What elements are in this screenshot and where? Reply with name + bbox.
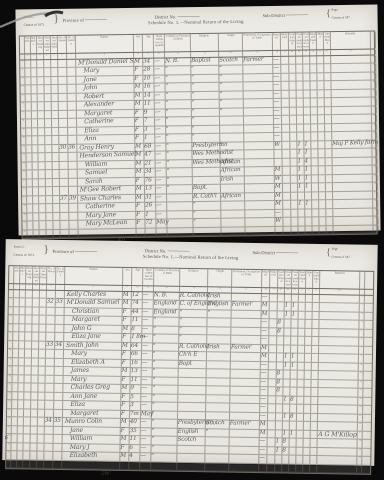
cell-born: — [154, 58, 165, 66]
cell-bp: " [166, 92, 192, 100]
cell-name: Eliza [63, 401, 121, 409]
cell-born: — [141, 402, 152, 410]
cell-occ [230, 429, 260, 437]
cell-born: — [141, 394, 152, 402]
cell-born: — [154, 66, 165, 74]
cell-rn: 4 [359, 321, 364, 329]
margin-mark: 6 [5, 426, 9, 444]
cell-hn [45, 392, 54, 400]
cell-bp: " [165, 66, 191, 74]
census-table-top: VesselsShantiesHouses buildingHouses uni… [19, 31, 378, 240]
cell-rel: " [179, 318, 207, 326]
cell-org [221, 227, 245, 235]
cell-rel: Wes Methodist [192, 151, 220, 159]
blank-line [167, 247, 189, 252]
cell-rm [333, 208, 373, 216]
cell-bp: " [152, 411, 178, 419]
cell-rel: " [191, 74, 219, 82]
cell-ag: 9 [130, 385, 141, 393]
cell-wd [270, 311, 278, 319]
cell-rn: 4 [371, 81, 376, 89]
cell-fn [53, 443, 62, 451]
blank-line [276, 248, 298, 253]
cell-occ [230, 395, 260, 403]
cell-born: — [142, 343, 153, 351]
col-number: 6 [47, 285, 56, 290]
cell-rm [319, 337, 359, 345]
cell-born: — [155, 100, 166, 108]
brace-glyph: { [326, 247, 331, 258]
cell-rn: 10 [372, 131, 377, 139]
cell-fn [67, 68, 76, 76]
cell-bp [167, 194, 193, 202]
cell-bp: " [153, 317, 179, 325]
cell-bp: " [167, 160, 193, 168]
cell-wd [282, 107, 290, 115]
cell-bp: " [167, 177, 193, 185]
cell-fn [68, 102, 77, 110]
col-number: 4 [44, 54, 51, 59]
cell-org [207, 369, 231, 377]
page-census-label: Census of 187 . [332, 16, 352, 20]
cell-rel [193, 168, 221, 176]
cell-mw: — [274, 90, 282, 98]
cell-rel [177, 445, 205, 453]
cell-ag: 66 [131, 351, 142, 359]
cell-wd [283, 175, 291, 183]
cell-org: " [220, 99, 244, 107]
col-header-born: Born within last 12 months [143, 268, 154, 285]
cell-rel [177, 462, 205, 470]
cell-wd [283, 192, 291, 200]
cell-hn [44, 452, 53, 460]
cell-org [206, 437, 230, 445]
cell-fn [54, 409, 63, 417]
cell-rel [193, 176, 221, 184]
col-number: 24 [331, 50, 371, 55]
cell-hn [58, 85, 67, 93]
census-table-bottom: VesselsShantiesHouses buildingHouses uni… [5, 265, 374, 475]
district-label: District No. [154, 12, 199, 17]
cell-rel: " [192, 117, 220, 125]
cell-bp: " [153, 343, 179, 351]
col-header-sx: Sex [123, 268, 132, 285]
cell-rm [332, 149, 372, 157]
cell-sx: F [123, 308, 132, 316]
cell-bp: " [152, 428, 178, 436]
cell-mw: — [261, 362, 269, 370]
cell-rm [320, 303, 360, 311]
cell-mw [259, 464, 267, 472]
cell-mw: — [274, 133, 282, 141]
cell-bp [167, 211, 193, 219]
cell-rel: " [192, 125, 220, 133]
cell-rel: " [193, 210, 221, 218]
cell-fn [68, 119, 77, 127]
cell-wd [283, 167, 291, 175]
cell-org [206, 412, 230, 420]
cell-org [221, 201, 245, 209]
cell-rm: Maj P Kelly farm [332, 140, 372, 148]
cell-occ [230, 387, 260, 395]
cell-sx: M [134, 58, 143, 66]
cell-ag: 11 [131, 317, 142, 325]
cell-born: — [143, 292, 154, 300]
cell-ag: 35 [130, 428, 141, 436]
cell-hn [60, 161, 69, 169]
cell-rn: 12 [358, 389, 363, 397]
cell-mw: M [260, 430, 268, 438]
cell-occ [229, 455, 259, 463]
cell-wd [282, 141, 290, 149]
cell-hn [59, 93, 68, 101]
cell-rn: 1 [360, 295, 365, 303]
cell-sx: M [120, 453, 129, 461]
cell-org [207, 318, 231, 326]
cell-hn [44, 443, 53, 451]
cell-mw: — [274, 116, 282, 124]
cell-org: " [220, 142, 244, 150]
cell-rm [333, 217, 373, 225]
cell-born: — [140, 445, 151, 453]
cell-hn [45, 384, 54, 392]
cell-born: — [156, 168, 167, 176]
cell-occ [230, 378, 260, 386]
cell-rn: 18 [373, 199, 378, 207]
cell-sx: F [135, 135, 144, 143]
cell-mw: — [260, 396, 268, 404]
col-header-occ: Profession, Occupation or Trade [243, 33, 273, 50]
cell-rn: 19 [373, 208, 378, 216]
col-header-bp: Country or Province of Birth [165, 34, 191, 51]
cell-hn [59, 110, 68, 118]
cell-sx: M [135, 152, 144, 160]
cell-org: English [208, 301, 232, 309]
cell-rel: Presbyterian [192, 142, 220, 150]
cell-rel [194, 227, 222, 235]
cell-sx: M [122, 342, 131, 350]
cell-rel: Bapt [179, 360, 207, 368]
cell-sx: M [123, 300, 132, 308]
cell-rm [332, 106, 372, 114]
cell-rn: 15 [373, 174, 378, 182]
cell-rn: 6 [372, 98, 377, 106]
col-number: 7 [56, 285, 65, 290]
cell-wd [268, 430, 276, 438]
cell-fn [54, 401, 63, 409]
cell-rel: Wes Methodist [193, 159, 221, 167]
cell-born: — [155, 92, 166, 100]
cell-hn [60, 187, 69, 195]
cell-occ [229, 446, 259, 454]
col-number: 13 [180, 287, 208, 292]
cell-rn: 13 [373, 157, 378, 165]
cell-rel: R. Catholic [180, 292, 208, 300]
cell-bp: " [151, 453, 177, 461]
cell-org: Scotch [206, 420, 230, 428]
cell-occ [244, 116, 274, 124]
province-label: Province of [53, 247, 98, 252]
cell-born [140, 462, 151, 470]
col-number: 14 [219, 51, 243, 56]
cell-ag: 31 [145, 194, 156, 202]
cell-born: — [156, 194, 167, 202]
cell-rel: " [192, 108, 220, 116]
cell-rn: 10 [359, 372, 364, 380]
cell-sx: M [136, 186, 145, 194]
cell-occ [244, 141, 274, 149]
cell-rm [319, 320, 359, 328]
district-label: District No. [145, 246, 190, 251]
cell-rm [319, 329, 359, 337]
cell-sx: F [136, 211, 145, 219]
cell-mw: M [262, 311, 270, 319]
col-number: 14 [208, 287, 232, 292]
blank-line [75, 247, 97, 252]
cell-rel: R. Catholic [179, 343, 207, 351]
cell-fn [56, 307, 65, 315]
cell-wd [269, 336, 277, 344]
cell-fn [67, 76, 76, 84]
cell-born: — [154, 75, 165, 83]
cell-mw: — [259, 447, 267, 455]
cell-ag: 8 [131, 326, 142, 334]
cell-bp: " [153, 351, 179, 359]
cell-org [207, 335, 231, 343]
cell-born: May [141, 411, 152, 419]
col-number: 11 [154, 52, 165, 57]
cell-born: — [141, 377, 152, 385]
cell-wd [282, 90, 290, 98]
cell-ag: 1 [144, 135, 155, 143]
cell-ag: 7m [130, 411, 141, 419]
cell-rn: 14 [373, 165, 378, 173]
cell-occ [230, 404, 260, 412]
cell-name: James [64, 367, 122, 375]
col-number: 17 [270, 288, 278, 293]
col-number: 16 [262, 288, 270, 293]
cell-fn [55, 316, 64, 324]
cell-occ: Farmer [232, 302, 262, 310]
cell-org [220, 133, 244, 141]
cell-ag: 34 [143, 58, 154, 66]
col-number: 12 [165, 52, 191, 57]
cell-ag: 11 [130, 436, 141, 444]
cell-wd [269, 370, 277, 378]
cell-fn [69, 178, 78, 186]
cell-org [207, 327, 231, 335]
cell-sx: F [134, 67, 143, 75]
cell-org [207, 352, 231, 360]
cell-occ [232, 310, 262, 318]
cell-fn [67, 85, 76, 93]
cell-ag: 1 8m [131, 334, 142, 342]
col-number: 24 [320, 289, 360, 294]
cell-mw: — [273, 65, 281, 73]
cell-ag: 64 [131, 343, 142, 351]
cell-rn: 5 [372, 89, 377, 97]
schedule-title: Schedule No. 1.—Nominal Return of the Li… [148, 21, 245, 22]
cell-occ [232, 293, 262, 301]
cell-born: — [141, 419, 152, 427]
cell-rel [178, 411, 206, 419]
cell-ag: 3 [130, 402, 141, 410]
cell-fn [55, 333, 64, 341]
cell-hn [45, 435, 54, 443]
cell-mw: W [275, 218, 283, 226]
cell-ag: 14 [144, 92, 155, 100]
cell-rel: " [179, 326, 207, 334]
cell-born: — [142, 360, 153, 368]
cell-sx: F [121, 376, 130, 384]
cell-rel [178, 377, 206, 385]
cell-rn: 9 [372, 123, 377, 131]
cell-occ [231, 353, 261, 361]
cell-wd [269, 362, 277, 370]
col-header-hn: No. of House [47, 267, 56, 284]
cell-rn: 9 [359, 363, 364, 371]
cell-fn [53, 460, 62, 468]
cell-occ [245, 184, 275, 192]
cell-occ: Farmer [243, 56, 273, 64]
col-header-rm: Remarks [331, 32, 371, 50]
schedule-title: Schedule No. 1.—Nominal Return of the Li… [143, 256, 240, 258]
cell-mw: — [274, 124, 282, 132]
cell-wd [283, 218, 291, 226]
cell-occ [243, 65, 273, 73]
cell-rel [178, 403, 206, 411]
cell-sx: F [136, 203, 145, 211]
cell-ag: 6 [129, 445, 140, 453]
cell-rm [333, 183, 373, 191]
binder-ring-icon [0, 0, 92, 42]
cell-fn: 34 [55, 341, 64, 349]
cell-fn [54, 384, 63, 392]
cell-ag: 34 [145, 169, 156, 177]
cell-org: Irish [208, 293, 232, 301]
cell-wd [268, 438, 276, 446]
cell-ag: 16 [131, 360, 142, 368]
cell-rn: 21 [357, 465, 362, 473]
cell-hn [47, 290, 56, 298]
col-number: 15 [232, 288, 262, 293]
cell-org: " [219, 65, 243, 73]
cell-ag: 72 [145, 220, 156, 228]
cell-ag: 4 [129, 453, 140, 461]
scanned-census-document: Form C. Census of 1871. } Province of Di… [0, 0, 384, 480]
cell-sx: F [122, 351, 131, 359]
col-number: 5 [51, 54, 58, 59]
cell-hn [58, 59, 67, 67]
cell-ag: 47 [144, 152, 155, 160]
cell-sx [120, 461, 129, 469]
cell-wd [282, 150, 290, 158]
cell-bp: " [166, 151, 192, 159]
cell-wd [283, 201, 291, 209]
col-number: 17 [281, 51, 289, 56]
cell-hn: 37 [60, 195, 69, 203]
cell-born: — [143, 309, 154, 317]
cell-bp: " [166, 117, 192, 125]
cell-rm [318, 397, 358, 405]
cell-rn: 7 [372, 106, 377, 114]
cell-bp: " [166, 109, 192, 117]
cell-wd [269, 345, 277, 353]
cell-name: William [63, 435, 121, 443]
cell-hn: 30 [59, 144, 68, 152]
footer-tally-mark: 26/ [101, 471, 110, 479]
cell-rm [333, 200, 373, 208]
cell-sx: M [122, 325, 131, 333]
cell-rn: 17 [358, 431, 363, 439]
cell-wd [269, 328, 277, 336]
cell-born [157, 228, 168, 236]
cell-sx: M [136, 160, 145, 168]
cell-rn: 2 [371, 64, 376, 72]
cell-occ: Farmer [230, 421, 260, 429]
cell-rm [318, 414, 358, 422]
cell-mw: M [261, 345, 269, 353]
col-number: 12 [154, 286, 180, 291]
col-header-rel: Religion [191, 34, 219, 51]
col-header-born: Born within last 12 months [154, 34, 165, 51]
cell-org: " [206, 429, 230, 437]
page-label: Page [332, 247, 352, 251]
cell-fn [68, 127, 77, 135]
cell-org: " [219, 74, 243, 82]
cell-mw: M [260, 421, 268, 429]
cell-rm [331, 64, 371, 72]
cell-occ: Farmer [231, 344, 261, 352]
cell-rm [317, 456, 357, 464]
cell-occ [245, 158, 275, 166]
cell-born: — [155, 134, 166, 142]
cell-bp [167, 202, 193, 210]
cell-ag: 11 [130, 377, 141, 385]
cell-hn [60, 212, 69, 220]
col-number: 18 [289, 51, 296, 56]
subdistrict-label: Sub-District [253, 248, 299, 253]
cell-rm [319, 346, 359, 354]
cell-name: Charles Greg [63, 384, 121, 392]
col-header-sx: Sex [134, 35, 143, 52]
cell-bp: " [152, 402, 178, 410]
cell-hn [44, 460, 53, 468]
cell-born: — [142, 351, 153, 359]
cell-wd [268, 396, 276, 404]
cell-rel: " [193, 219, 221, 227]
cell-rm [333, 157, 373, 165]
cell-org: Irish [207, 344, 231, 352]
cell-org [221, 210, 245, 218]
cell-bp: N. B. [154, 292, 180, 300]
cell-org: " [220, 91, 244, 99]
cell-sx: F [122, 334, 131, 342]
cell-hn [60, 178, 69, 186]
cell-rn: 16 [358, 423, 363, 431]
cell-occ [245, 167, 275, 175]
cell-born: — [156, 160, 167, 168]
cell-hn [59, 153, 68, 161]
page-label: Page [332, 8, 352, 12]
col-number: 3 [37, 54, 44, 59]
cell-hn [59, 136, 68, 144]
cell-born: — [142, 317, 153, 325]
cell-sx: M [122, 368, 131, 376]
cell-occ [244, 99, 274, 107]
col-number: 10 [132, 286, 143, 291]
cell-fn [55, 358, 64, 366]
